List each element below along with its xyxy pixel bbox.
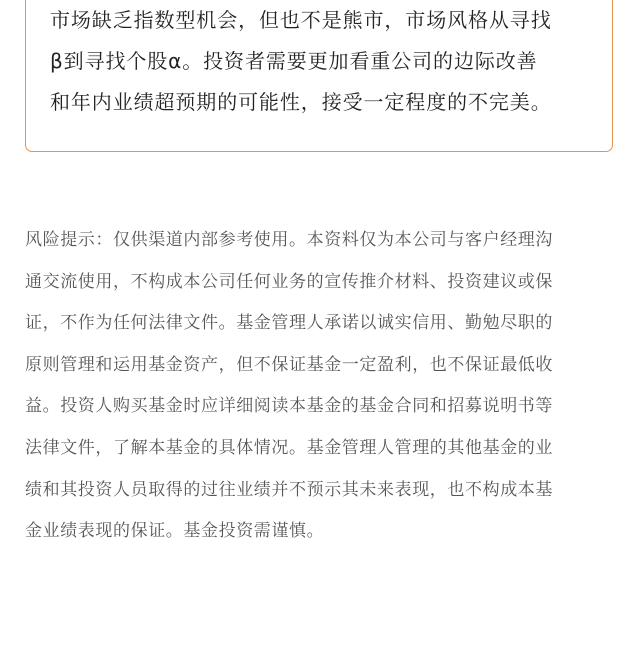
disclaimer-line: 益。投资人购买基金时应详细阅读本基金的基金合同和招募说明书等 bbox=[25, 386, 620, 428]
disclaimer-line: 原则管理和运用基金资产，但不保证基金一定盈利，也不保证最低收 bbox=[25, 345, 620, 387]
disclaimer-line: 金业绩表现的保证。基金投资需谨慎。 bbox=[25, 511, 620, 553]
disclaimer-line: 绩和其投资人员取得的过往业绩并不预示其未来表现，也不构成本基 bbox=[25, 470, 620, 512]
summary-text: 市场缺乏指数型机会，但也不是熊市，市场风格从寻找 β到寻找个股α。投资者需要更加… bbox=[50, 0, 595, 123]
disclaimer-line: 通交流使用，不构成本公司任何业务的宣传推介材料、投资建议或保 bbox=[25, 262, 620, 304]
summary-line: β到寻找个股α。投资者需要更加看重公司的边际改善 bbox=[50, 41, 595, 82]
disclaimer-line: 法律文件，了解本基金的具体情况。基金管理人管理的其他基金的业 bbox=[25, 428, 620, 470]
disclaimer-line: 证，不作为任何法律文件。基金管理人承诺以诚实信用、勤勉尽职的 bbox=[25, 303, 620, 345]
risk-disclaimer: 风险提示：仅供渠道内部参考使用。本资料仅为本公司与客户经理沟 通交流使用，不构成… bbox=[25, 220, 620, 553]
summary-line: 和年内业绩超预期的可能性，接受一定程度的不完美。 bbox=[50, 82, 595, 123]
summary-line: 市场缺乏指数型机会，但也不是熊市，市场风格从寻找 bbox=[50, 0, 595, 41]
disclaimer-line: 风险提示：仅供渠道内部参考使用。本资料仅为本公司与客户经理沟 bbox=[25, 220, 620, 262]
